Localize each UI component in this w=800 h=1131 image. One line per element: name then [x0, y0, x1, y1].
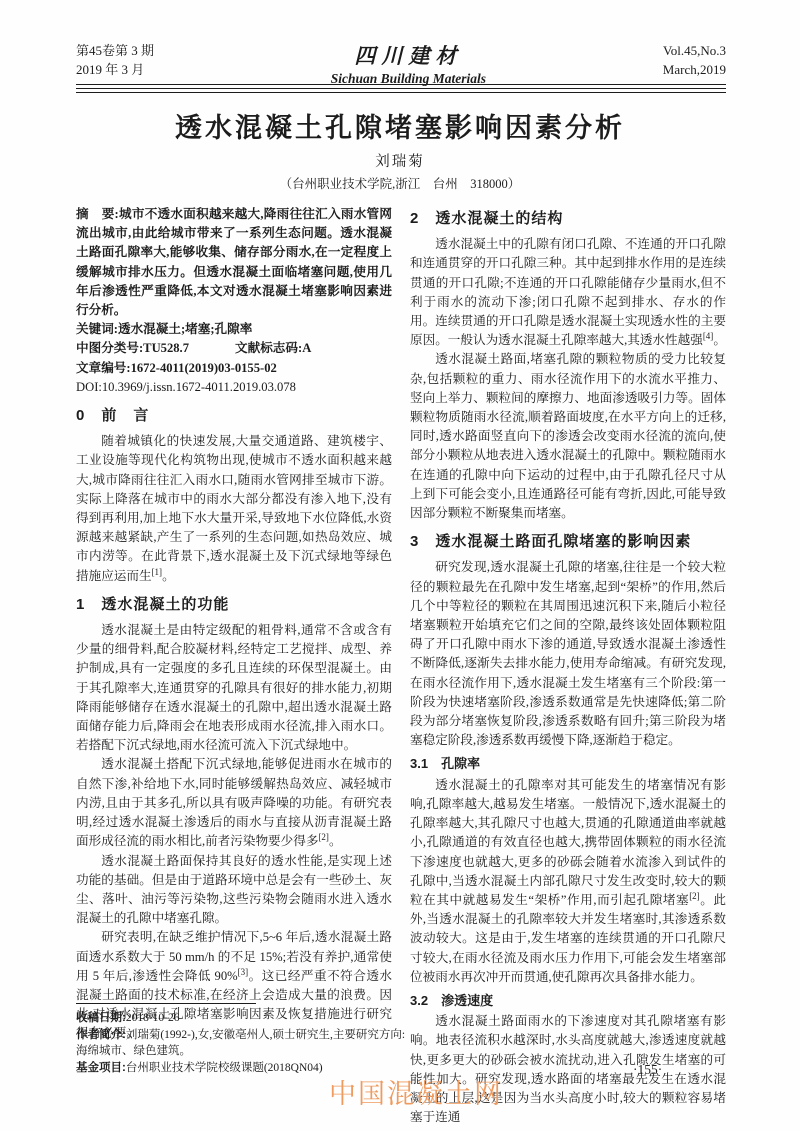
watermark: 中国混凝土网: [329, 1072, 503, 1111]
doi: DOI:10.3969/j.issn.1672-4011.2019.03.078: [76, 378, 392, 397]
header-volume-en: Vol.45,No.3 March,2019: [663, 42, 726, 80]
right-column: 2 透水混凝土的结构 透水混凝土中的孔隙有闭口孔隙、不连通的开口孔隙和连通贯穿的…: [410, 205, 726, 1127]
received-date: 收稿日期:2018-10-26: [76, 1010, 410, 1027]
header-rule-double: [76, 88, 726, 93]
paragraph: 透水混凝土搭配下沉式绿地,能够促进雨水在城市的自然下渗,补给地下水,同时能够缓解…: [76, 755, 392, 851]
paragraph: 透水混凝土中的孔隙有闭口孔隙、不连通的开口孔隙和连通贯穿的开口孔隙三种。其中起到…: [410, 235, 726, 350]
footnote-rule: [76, 1003, 256, 1004]
subsection-heading-3-2: 3.2 渗透速度: [410, 991, 726, 1010]
date-en: March,2019: [663, 61, 726, 80]
subsection-heading-3-1: 3.1 孔隙率: [410, 754, 726, 773]
section-heading-2: 2 透水混凝土的结构: [410, 209, 726, 228]
paragraph: 透水混凝土的孔隙率对其可能发生的堵塞情况有影响,孔隙率越大,越易发生堵塞。一般情…: [410, 776, 726, 987]
paragraph: 透水混凝土是由特定级配的粗骨料,通常不含或含有少量的细骨料,配合胶凝材料,经特定…: [76, 621, 392, 755]
article-title: 透水混凝土孔隙堵塞影响因素分析: [0, 106, 800, 145]
paragraph: 随着城镇化的快速发展,大量交通道路、建筑楼宇、工业设施等现代化构筑物出现,使城市…: [76, 432, 392, 586]
abstract: 摘 要:城市不透水面积越来越大,降雨往往汇入雨水管网流出城市,由此给城市带来了一…: [76, 205, 392, 320]
abstract-label: 摘 要:: [76, 207, 119, 221]
header-rule-thin: [76, 84, 726, 85]
front-matter: 摘 要:城市不透水面积越来越大,降雨往往汇入雨水管网流出城市,由此给城市带来了一…: [76, 205, 392, 397]
date-zh: 2019 年 3 月: [76, 61, 154, 80]
keywords-label: 关键词:: [76, 322, 118, 336]
journal-name-zh: 四川建材: [331, 40, 486, 70]
paragraph: 透水混凝土路面,堵塞孔隙的颗粒物质的受力比较复杂,包括颗粒的重力、雨水径流作用下…: [410, 350, 726, 523]
paragraph: 研究发现,透水混凝土孔隙的堵塞,往往是一个较大粒径的颗粒最先在孔隙中发生堵塞,起…: [410, 558, 726, 750]
article-body: 摘 要:城市不透水面积越来越大,降雨往往汇入雨水管网流出城市,由此给城市带来了一…: [76, 205, 726, 1127]
section-heading-3: 3 透水混凝土路面孔隙堵塞的影响因素: [410, 532, 726, 551]
section-heading-0: 0 前 言: [76, 406, 392, 425]
page-number: ·155·: [633, 1062, 662, 1078]
author-affiliation: （台州职业技术学院,浙江 台州 318000）: [0, 174, 800, 192]
paragraph: 透水混凝土路面保持其良好的透水性能,是实现上述功能的基础。但是由于道路环境中总是…: [76, 852, 392, 929]
footnote-block: 收稿日期:2018-10-26 作者简介:刘瑞菊(1992-),女,安徽亳州人,…: [76, 1003, 410, 1076]
author-name: 刘瑞菊: [0, 150, 800, 171]
clc-line: 中图分类号:TU528.7文献标志码:A: [76, 339, 392, 358]
journal-header: 第45卷第 3 期 2019 年 3 月 四川建材 Sichuan Buildi…: [76, 42, 726, 87]
header-volume-zh: 第45卷第 3 期 2019 年 3 月: [76, 42, 154, 80]
journal-logo: 四川建材 Sichuan Building Materials: [331, 40, 486, 87]
article-number: 文章编号:1672-4011(2019)03-0155-02: [76, 359, 392, 378]
volume-issue-en: Vol.45,No.3: [663, 42, 726, 61]
journal-page: 第45卷第 3 期 2019 年 3 月 四川建材 Sichuan Buildi…: [0, 0, 800, 1131]
keywords: 关键词:透水混凝土;堵塞;孔隙率: [76, 320, 392, 339]
author-bio: 作者简介:刘瑞菊(1992-),女,安徽亳州人,硕士研究生,主要研究方向:海绵城…: [76, 1027, 410, 1060]
section-heading-1: 1 透水混凝土的功能: [76, 595, 392, 614]
volume-issue-zh: 第45卷第 3 期: [76, 42, 154, 61]
left-column: 摘 要:城市不透水面积越来越大,降雨往往汇入雨水管网流出城市,由此给城市带来了一…: [76, 205, 392, 1127]
